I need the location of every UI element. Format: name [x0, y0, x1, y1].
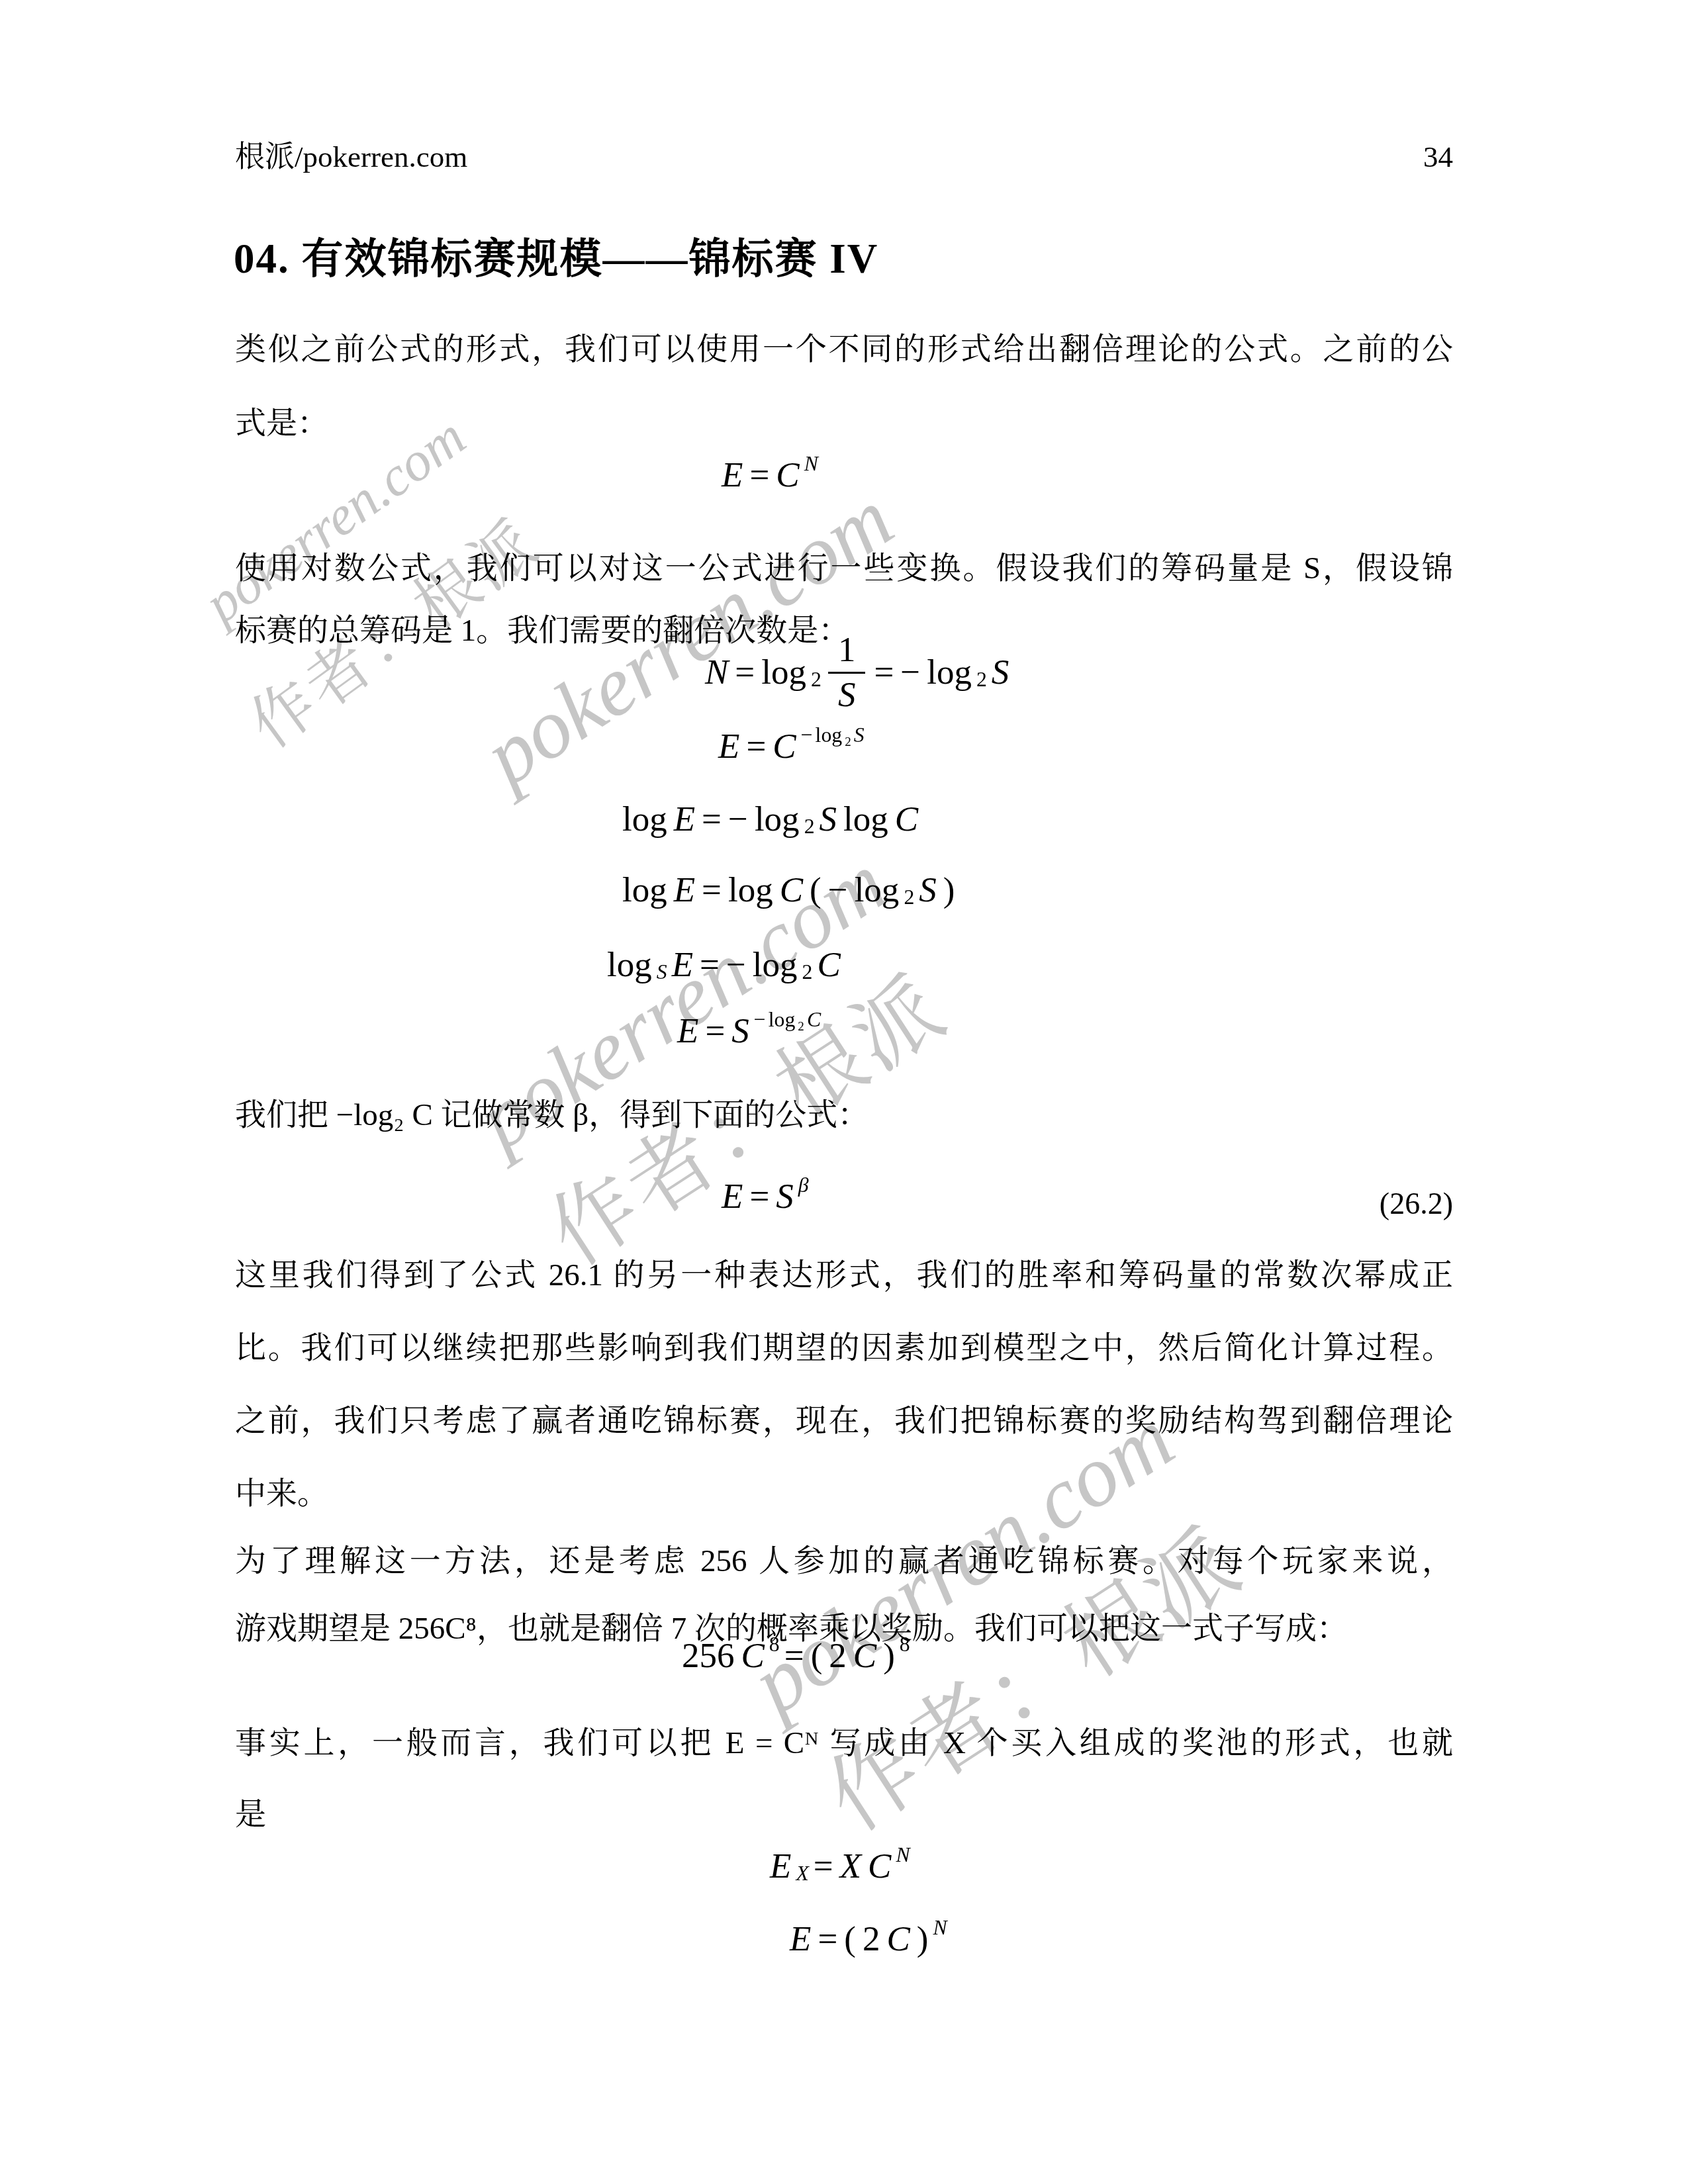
- paragraph-beta-constant: 我们把 −log₂ C 记做常数 β，得到下面的公式：: [235, 1082, 1453, 1148]
- paragraph-intro: 类似之前公式的形式，我们可以使用一个不同的形式给出翻倍理论的公式。之前的公 式是…: [235, 312, 1453, 461]
- body-line: 之前，我们只考虑了赢者通吃锦标赛，现在，我们把锦标赛的奖励结构驾到翻倍理论: [235, 1385, 1453, 1457]
- equation-number-tag: (26.2): [1380, 1186, 1453, 1221]
- body-line: 为了理解这一方法，还是考虑 256 人参加的赢者通吃锦标赛。对每个玩家来说，: [235, 1527, 1453, 1595]
- header-site-label: 根派/pokerren.com: [235, 132, 467, 175]
- body-line: 我们把 −log₂ C 记做常数 β，得到下面的公式：: [235, 1082, 1453, 1148]
- body-line: 是: [235, 1779, 1453, 1850]
- formula-ex-xcn: EX=XCN: [767, 1846, 912, 1887]
- formula-log-s-e-neg-log2-c: logSE=−log2C: [604, 945, 844, 985]
- formula-e-2c-n: E=(2C)N: [786, 1919, 949, 1960]
- formula-n-log2-one-over-s: N=log21S=−log2S: [702, 630, 1012, 715]
- page-content: 根派/pokerren.com 34 04. 有效锦标赛规模——锦标赛 IV 类…: [0, 0, 1688, 2184]
- body-line: 类似之前公式的形式，我们可以使用一个不同的形式给出翻倍理论的公式。之前的公: [235, 312, 1453, 387]
- body-line: 比。我们可以继续把那些影响到我们期望的因素加到模型之中，然后简化计算过程。: [235, 1312, 1453, 1385]
- section-title: 04. 有效锦标赛规模——锦标赛 IV: [234, 225, 878, 285]
- body-line: 这里我们得到了公式 26.1 的另一种表达形式，我们的胜率和筹码量的常数次幂成正: [235, 1239, 1453, 1312]
- page-number: 34: [1423, 140, 1453, 174]
- formula-e-s-neg-log2-c: E=S−log2C: [674, 1011, 822, 1052]
- paragraph-discussion: 这里我们得到了公式 26.1 的另一种表达形式，我们的胜率和筹码量的常数次幂成正…: [235, 1239, 1453, 1530]
- formula-e-c-neg-log2-s: E=C−log2S: [715, 727, 866, 767]
- formula-256c8: 256C8=(2C)8: [679, 1636, 912, 1676]
- body-line: 中来。: [235, 1457, 1453, 1530]
- body-line: 事实上，一般而言，我们可以把 E = Cᴺ 写成由 X 个买入组成的奖池的形式，…: [235, 1707, 1453, 1779]
- document-page: pokerren.com作者：根派pokerren.compokerren.co…: [0, 0, 1688, 2184]
- formula-e-equals-c-n: E=CN: [718, 455, 820, 496]
- paragraph-general-form: 事实上，一般而言，我们可以把 E = Cᴺ 写成由 X 个买入组成的奖池的形式，…: [235, 1707, 1453, 1850]
- formula-e-s-beta: E=Sβ: [718, 1177, 810, 1217]
- formula-log-e-log-c-neg-log2-s: logE=logC(−log2S): [619, 870, 958, 911]
- body-line: 使用对数公式，我们可以对这一公式进行一些变换。假设我们的筹码量是 S，假设锦: [235, 537, 1453, 600]
- page-header: 根派/pokerren.com 34: [235, 132, 1453, 169]
- formula-log-e-neg-log2-s-log-c: logE=−log2SlogC: [619, 799, 921, 840]
- body-line: 式是：: [235, 387, 1453, 461]
